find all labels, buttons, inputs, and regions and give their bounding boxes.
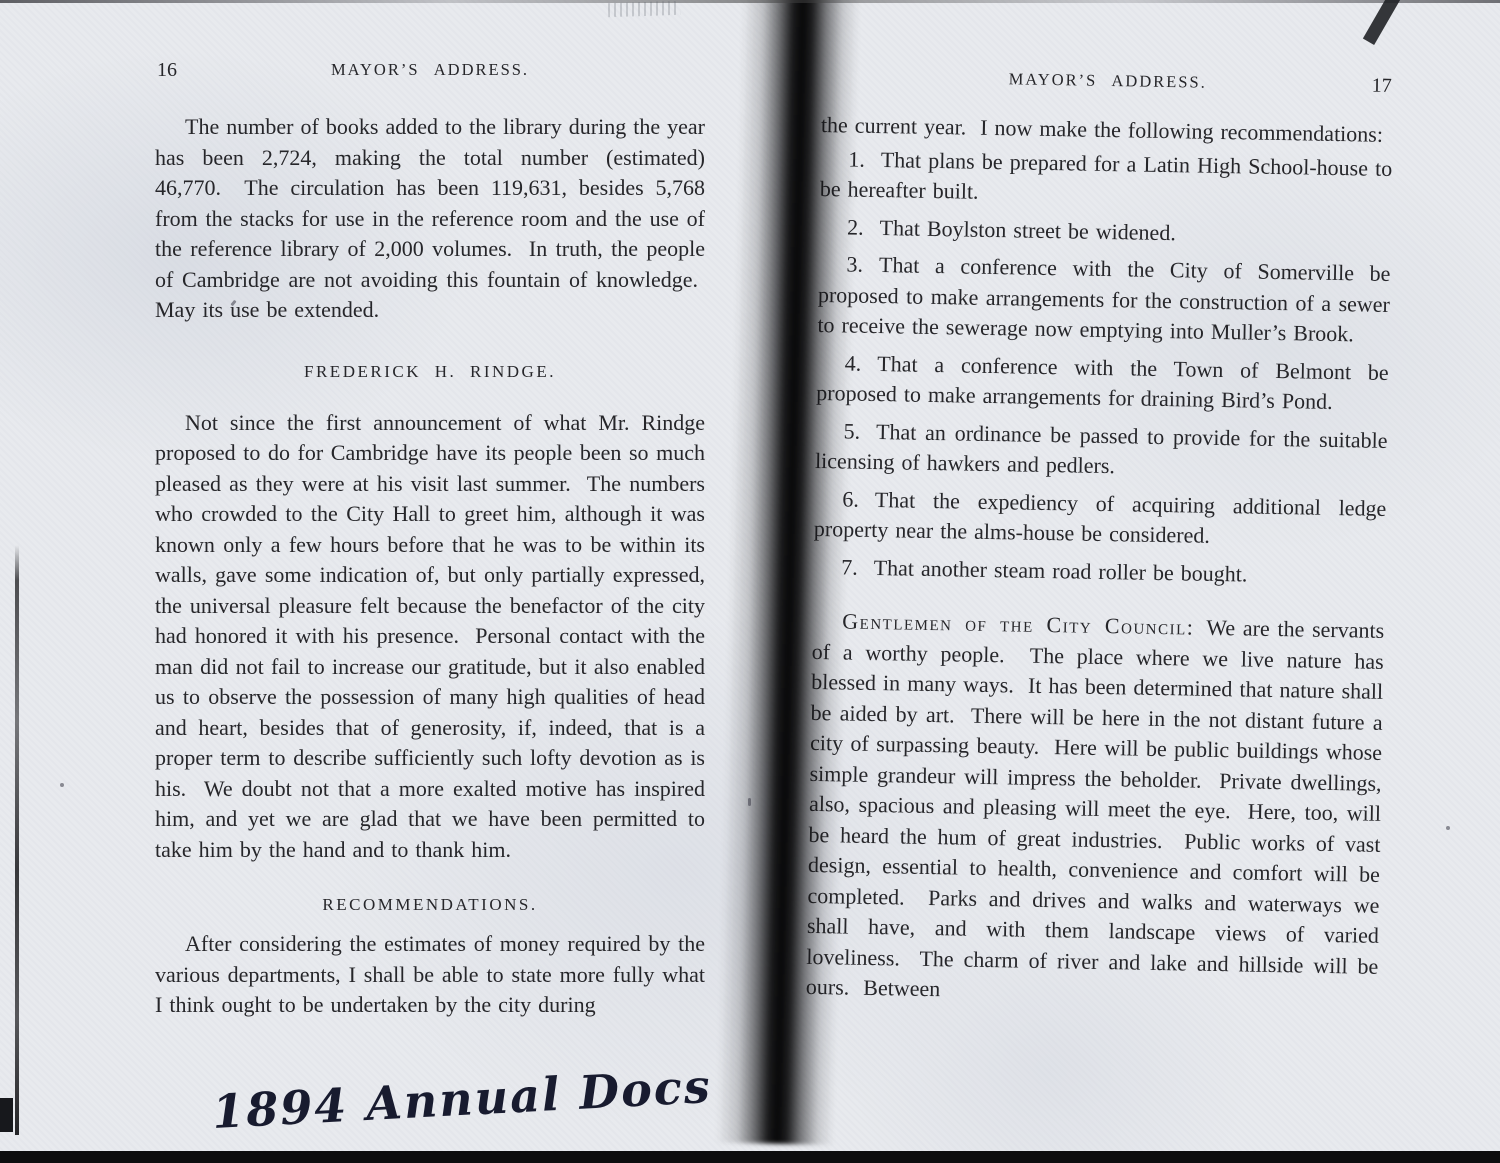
right-page-number: 17 — [1371, 74, 1391, 98]
right-paragraph-closing: Gentlemen of the City Council:We are the… — [806, 606, 1385, 1012]
scan-edge-bottom — [0, 1151, 1500, 1163]
section-heading-rindge: FREDERICK H. RINDGE. — [155, 362, 705, 382]
scan-artifact-top-smudge — [608, 1, 680, 18]
recommendation-text: That the expediency of acquiring additio… — [814, 486, 1387, 547]
handwritten-note: 1894 Annual Docs — [211, 1063, 713, 1135]
left-paragraph-recommendations-intro: After considering the estimates of money… — [155, 929, 705, 1021]
left-running-head: MAYOR’S ADDRESS. — [155, 60, 705, 80]
salutation-city-council: Gentlemen of the City Council: — [842, 608, 1207, 639]
right-running-head: MAYOR’S ADDRESS. — [822, 66, 1394, 96]
recommendation-item: 6.That the expediency of acquiring addit… — [814, 483, 1387, 554]
recommendation-item: 2.That Boylston street be widened. — [819, 211, 1391, 251]
recommendation-text: That Boylston street be widened. — [879, 215, 1176, 245]
recommendation-item: 7.That another steam road roller be boug… — [813, 551, 1385, 591]
section-heading-recommendations: RECOMMENDATIONS. — [155, 895, 705, 915]
recommendation-item: 1.That plans be prepared for a Latin Hig… — [820, 143, 1393, 214]
recommendation-text: That another steam road roller be bought… — [874, 554, 1248, 586]
scan-speck — [60, 783, 64, 787]
recommendation-text: That a conference with the Town of Belmo… — [816, 351, 1389, 414]
scan-speck — [1446, 826, 1450, 830]
scan-edge-top — [0, 0, 1500, 3]
recommendation-item: 3.That a conference with the City of Som… — [817, 249, 1391, 350]
left-page: 16 MAYOR’S ADDRESS. The number of books … — [155, 58, 705, 1021]
left-page-header: 16 MAYOR’S ADDRESS. — [155, 58, 705, 82]
scan-speck — [748, 798, 751, 806]
scan-artifact-left-blob — [0, 1098, 13, 1132]
recommendation-text: That plans be prepared for a Latin High … — [820, 147, 1393, 204]
recommendation-text: That an ordinance be passed to provide f… — [815, 419, 1388, 479]
recommendation-item: 5.That an ordinance be passed to provide… — [815, 415, 1388, 486]
book-scan: 16 MAYOR’S ADDRESS. The number of books … — [0, 0, 1500, 1163]
closing-text: We are the servants of a worthy people. … — [806, 615, 1385, 1001]
recommendation-item: 4.That a conference with the Town of Bel… — [816, 347, 1389, 418]
scan-artifact-corner-streak — [1363, 0, 1406, 45]
right-page: MAYOR’S ADDRESS. 17 the current year. I … — [806, 64, 1394, 1012]
left-paragraph-rindge: Not since the first announcement of what… — [155, 408, 705, 866]
left-paragraph-library: The number of books added to the library… — [155, 112, 705, 326]
right-page-header: MAYOR’S ADDRESS. 17 — [822, 64, 1394, 98]
scan-artifact-left-scratch — [15, 545, 19, 1135]
recommendation-text: That a conference with the City of Somer… — [817, 252, 1390, 346]
